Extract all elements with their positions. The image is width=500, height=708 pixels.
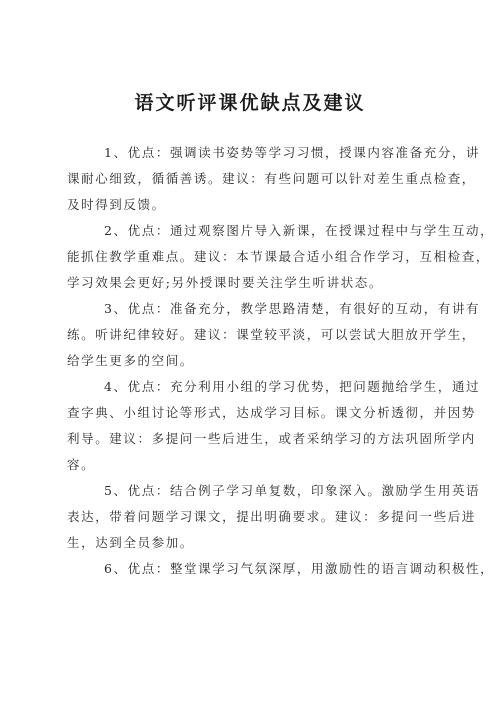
paragraph-line: 利导。建议：多提问一些后进生，或者采纳学习的方法巩固所学内	[67, 431, 467, 447]
document-page: 语文听评课优缺点及建议 1、优点：强调读书姿势等学习习惯，授课内容准备充分，讲课…	[0, 0, 500, 708]
paragraph-line: 6、优点：整堂课学习气氛深厚，用激励性的语言调动积极性，	[104, 561, 500, 577]
paragraph-line: 表达，带着问题学习课文，提出明确要求。建议：多提问一些后进	[67, 509, 467, 525]
paragraph-line: 2、优点：通过观察图片导入新课，在授课过程中与学生互动，	[104, 223, 500, 239]
paragraph-line: 4、优点：充分利用小组的学习优势，把问题抛给学生，通过	[104, 379, 500, 395]
paragraph-line: 课耐心细致，循循善诱。建议：有些问题可以针对差生重点检查，	[67, 171, 467, 187]
paragraph-line: 学习效果会更好;另外授课时要关注学生听讲状态。	[67, 275, 467, 291]
paragraph-line: 3、优点：准备充分，教学思路清楚，有很好的互动，有讲有	[104, 301, 500, 317]
document-title: 语文听评课优缺点及建议	[0, 88, 500, 115]
paragraph-line: 生，达到全员参加。	[67, 535, 467, 551]
paragraph-line: 能抓住教学重难点。建议：本节课最合适小组合作学习，互相检查，	[67, 249, 467, 265]
paragraph-line: 给学生更多的空间。	[67, 353, 467, 369]
paragraph-line: 1、优点：强调读书姿势等学习习惯，授课内容准备充分，讲	[104, 145, 500, 161]
paragraph-line: 5、优点：结合例子学习单复数，印象深入。激励学生用英语	[104, 483, 500, 499]
paragraph-line: 容。	[67, 457, 467, 473]
paragraph-line: 练。听讲纪律较好。建议：课堂较平淡，可以尝试大胆放开学生，	[67, 327, 467, 343]
paragraph-line: 及时得到反馈。	[67, 197, 467, 213]
paragraph-line: 查字典、小组讨论等形式，达成学习目标。课文分析透彻，并因势	[67, 405, 467, 421]
